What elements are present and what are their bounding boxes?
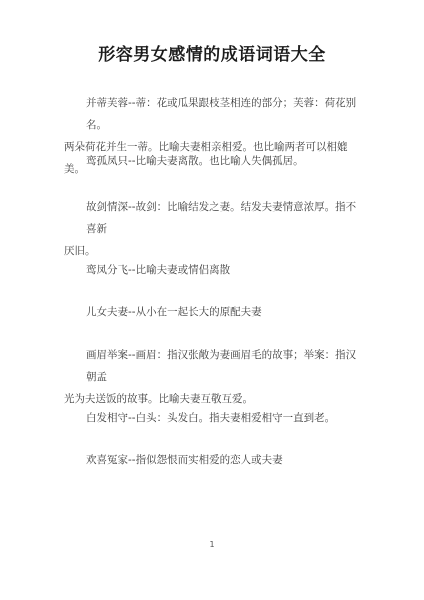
entry-line: 白发相守--白头：头发白。指夫妻相爱相守一直到老。: [64, 407, 364, 429]
entry-line: 欢喜冤家--指似怨恨而实相爱的恋人或夫妻: [64, 449, 364, 471]
entry-line: 鸾孤凤只--比喻夫妻离散。也比喻人失偶孤居。: [64, 150, 364, 172]
entry-5: 儿女夫妻--从小在一起长大的原配夫妻: [64, 301, 364, 323]
entry-line: 画眉举案--画眉：指汉张敞为妻画眉毛的故事；举案：指汉朝孟: [64, 344, 364, 388]
entry-2: 鸾孤凤只--比喻夫妻离散。也比喻人失偶孤居。: [64, 150, 364, 172]
document-title: 形容男女感情的成语词语大全: [0, 40, 424, 65]
entry-7: 白发相守--白头：头发白。指夫妻相爱相守一直到老。: [64, 407, 364, 429]
entry-line: 儿女夫妻--从小在一起长大的原配夫妻: [64, 301, 364, 323]
entry-6: 画眉举案--画眉：指汉张敞为妻画眉毛的故事；举案：指汉朝孟 光为夫送饭的故事。比…: [64, 344, 364, 410]
page-number: 1: [0, 540, 424, 549]
entry-3: 故剑情深--故剑：比喻结发之妻。结发夫妻情意浓厚。指不喜新 厌旧。: [64, 196, 364, 262]
entry-line: 并蒂芙蓉--蒂：花或瓜果跟枝茎相连的部分；芙蓉：荷花别名。: [64, 92, 364, 136]
entry-4: 鸾凤分飞--比喻夫妻或情侣离散: [64, 259, 364, 281]
entry-line: 故剑情深--故剑：比喻结发之妻。结发夫妻情意浓厚。指不喜新: [64, 196, 364, 240]
entry-8: 欢喜冤家--指似怨恨而实相爱的恋人或夫妻: [64, 449, 364, 471]
entry-line: 鸾凤分飞--比喻夫妻或情侣离散: [64, 259, 364, 281]
